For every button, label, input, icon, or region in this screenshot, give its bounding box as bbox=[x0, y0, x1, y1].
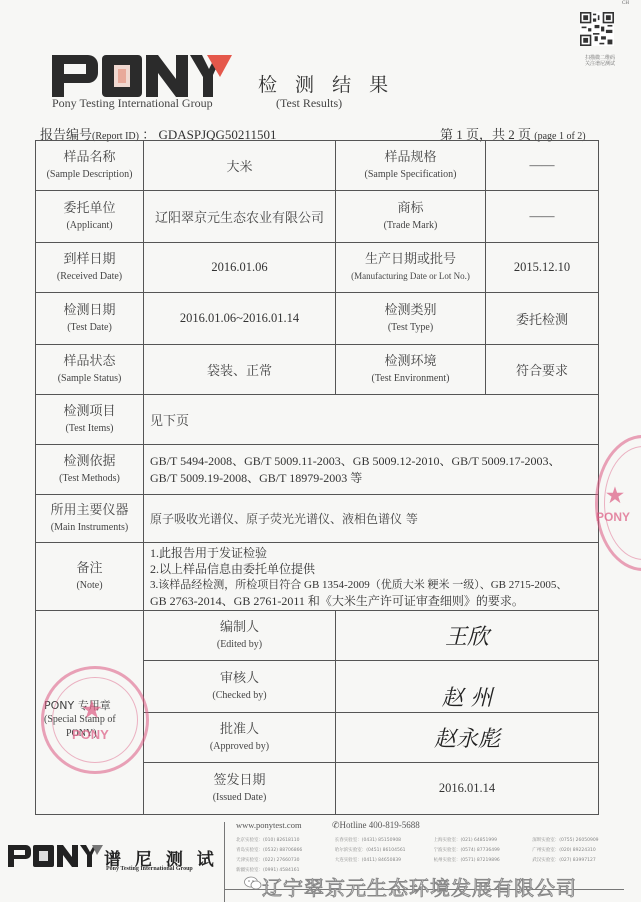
label-cn: 检测日期 bbox=[36, 302, 143, 320]
value-received-date: 2016.01.06 bbox=[211, 260, 267, 274]
label-sample-status: 样品状态(Sample Status) bbox=[36, 345, 144, 395]
watermark: 辽宁翠京元生态环境发展有限公司 bbox=[262, 872, 577, 901]
lab-contact: 广州实验室：(020) 89224310 bbox=[532, 846, 631, 856]
label-en: (Approved by) bbox=[144, 739, 335, 754]
label-cn: 样品规格 bbox=[336, 149, 485, 167]
lab-contact: 哈尔滨实验室：(0451) 86104561 bbox=[335, 846, 434, 856]
label-en: (Note) bbox=[36, 578, 143, 593]
lab-row: 天津实验室：(022) 27660730 大连实验室：(0411) 846508… bbox=[236, 856, 631, 866]
label-en: (Trade Mark) bbox=[336, 218, 485, 233]
footer-website-link[interactable]: www.ponytest.com bbox=[236, 820, 302, 830]
qr-code-icon bbox=[580, 12, 614, 46]
footer-hotline: ✆Hotline 400-819-5688 bbox=[332, 820, 420, 831]
label-en: (Applicant) bbox=[36, 218, 143, 233]
value-sample-status: 袋装、正常 bbox=[207, 364, 272, 379]
stamp-logo: PONY bbox=[596, 510, 630, 524]
label-en: (Test Methods) bbox=[36, 471, 143, 486]
lab-contact: 武汉实验室：(027) 83997127 bbox=[532, 856, 631, 866]
label-note: 备注(Note) bbox=[36, 543, 144, 611]
wechat-icon bbox=[244, 876, 262, 890]
stamp-star-icon: ★ bbox=[82, 697, 102, 723]
label-applicant: 委托单位(Applicant) bbox=[36, 191, 144, 243]
value-test-environment: 符合要求 bbox=[516, 364, 568, 379]
value-test-items: 见下页 bbox=[150, 414, 189, 429]
signature-approved-by: 赵永彪 bbox=[434, 727, 500, 752]
pony-logo bbox=[52, 55, 232, 97]
label-test-environment: 检测环境(Test Environment) bbox=[336, 345, 486, 395]
label-en: (Test Type) bbox=[336, 320, 485, 335]
table-row-test-date: 检测日期(Test Date) 2016.01.06~2016.01.14 检测… bbox=[36, 293, 599, 345]
label-en: (Manufacturing Date or Lot No.) bbox=[336, 269, 485, 284]
value-test-methods: GB/T 5494-2008、GB/T 5009.11-2003、GB 5009… bbox=[144, 445, 599, 495]
lab-row: 北京实验室：(010) 82618110 长春实验室：(0431) 851509… bbox=[236, 836, 631, 846]
table-row-note: 备注(Note) 1.此报告用于发证检验 2.以上样品信息由委托单位提供 3.该… bbox=[36, 543, 599, 611]
qr-caption: 扫描微二维码 关注谱尼测试 bbox=[575, 55, 625, 67]
label-cn: 批准人 bbox=[144, 721, 335, 739]
label-cn: 检测依据 bbox=[36, 453, 143, 471]
label-en: (Issued Date) bbox=[144, 790, 335, 805]
test-methods-line-2: GB/T 5009.19-2008、GB/T 18979-2003 等 bbox=[150, 470, 598, 487]
lab-contact: 深圳实验室：(0755) 26050909 bbox=[532, 836, 631, 846]
value-trade-mark: —— bbox=[530, 209, 555, 223]
label-cn: 委托单位 bbox=[36, 200, 143, 218]
label-en: (Test Environment) bbox=[336, 371, 485, 386]
label-approved-by: 批准人(Approved by) bbox=[144, 713, 336, 763]
label-en: (Received Date) bbox=[36, 269, 143, 284]
label-test-date: 检测日期(Test Date) bbox=[36, 293, 144, 345]
lab-contact: 青岛实验室：(0532) 88706866 bbox=[236, 846, 335, 856]
label-sample-specification: 样品规格(Sample Specification) bbox=[336, 141, 486, 191]
table-row-edited-by: PONY 专用章 (Special Stamp of PONY) 编制人(Edi… bbox=[36, 611, 599, 661]
value-test-type: 委托检测 bbox=[516, 313, 568, 328]
label-cn: 样品状态 bbox=[36, 353, 143, 371]
official-stamp: ★ PONY bbox=[41, 666, 149, 774]
label-en: (Edited by) bbox=[144, 637, 335, 652]
label-en: (Checked by) bbox=[144, 688, 335, 703]
label-main-instruments: 所用主要仪器(Main Instruments) bbox=[36, 495, 144, 543]
label-cn: 样品名称 bbox=[36, 149, 143, 167]
label-cn: 检测项目 bbox=[36, 403, 143, 421]
lab-contact: 北京实验室：(010) 82618110 bbox=[236, 836, 335, 846]
qr-caption-line2: 关注谱尼测试 bbox=[575, 61, 625, 67]
table-row-sample-status: 样品状态(Sample Status) 袋装、正常 检测环境(Test Envi… bbox=[36, 345, 599, 395]
signature-edited-by: 王欣 bbox=[445, 625, 489, 650]
label-cn: 所用主要仪器 bbox=[36, 502, 143, 520]
stamp-star-icon: ★ bbox=[606, 483, 624, 508]
note-line-4: GB 2763-2014、GB 2761-2011 和《大米生产许可证审查细则》… bbox=[150, 593, 598, 609]
label-manufacturing-date: 生产日期或批号(Manufacturing Date or Lot No.) bbox=[336, 243, 486, 293]
label-edited-by: 编制人(Edited by) bbox=[144, 611, 336, 661]
label-cn: 检测类别 bbox=[336, 302, 485, 320]
label-trade-mark: 商标(Trade Mark) bbox=[336, 191, 486, 243]
label-en: (Main Instruments) bbox=[36, 520, 143, 535]
brand-full-name: Pony Testing International Group bbox=[52, 96, 213, 111]
value-manufacturing-date: 2015.12.10 bbox=[514, 260, 570, 274]
note-line-1: 1.此报告用于发证检验 bbox=[150, 545, 598, 561]
label-en: (Sample Description) bbox=[36, 167, 143, 182]
table-row-main-instruments: 所用主要仪器(Main Instruments) 原子吸收光谱仪、原子荧光光谱仪… bbox=[36, 495, 599, 543]
lab-contact: 长春实验室：(0431) 85150908 bbox=[335, 836, 434, 846]
footer-brand-en: Pony Testing International Group bbox=[106, 866, 193, 872]
label-test-type: 检测类别(Test Type) bbox=[336, 293, 486, 345]
corner-mark: CH bbox=[622, 1, 629, 6]
note-line-2: 2.以上样品信息由委托单位提供 bbox=[150, 561, 598, 577]
label-en: (Test Date) bbox=[36, 320, 143, 335]
footer-divider bbox=[224, 822, 225, 902]
label-cn: 备注 bbox=[36, 560, 143, 578]
label-cn: 签发日期 bbox=[144, 772, 335, 790]
label-test-items: 检测项目(Test Items) bbox=[36, 395, 144, 445]
lab-contact: 大连实验室：(0411) 84650839 bbox=[335, 856, 434, 866]
value-sample-description: 大米 bbox=[226, 160, 252, 175]
test-methods-line-1: GB/T 5494-2008、GB/T 5009.11-2003、GB 5009… bbox=[150, 453, 598, 470]
lab-row: 青岛实验室：(0532) 88706866 哈尔滨实验室：(0451) 8610… bbox=[236, 846, 631, 856]
table-row-test-methods: 检测依据(Test Methods) GB/T 5494-2008、GB/T 5… bbox=[36, 445, 599, 495]
label-cn: 审核人 bbox=[144, 670, 335, 688]
table-row-received-date: 到样日期(Received Date) 2016.01.06 生产日期或批号(M… bbox=[36, 243, 599, 293]
label-cn: 检测环境 bbox=[336, 353, 485, 371]
value-note: 1.此报告用于发证检验 2.以上样品信息由委托单位提供 3.该样品经检测，所检项… bbox=[144, 543, 599, 611]
label-checked-by: 审核人(Checked by) bbox=[144, 661, 336, 713]
label-en: (Sample Status) bbox=[36, 371, 143, 386]
label-en: (Sample Specification) bbox=[336, 167, 485, 182]
signature-checked-by: 赵 州 bbox=[442, 686, 493, 711]
lab-contact: 宁波实验室：(0574) 87736499 bbox=[434, 846, 533, 856]
footer-pony-logo bbox=[8, 845, 103, 867]
page-subtitle: (Test Results) bbox=[276, 96, 342, 111]
footer-lab-contacts: 北京实验室：(010) 82618110 长春实验室：(0431) 851509… bbox=[236, 836, 631, 876]
lab-contact: 上海实验室：(021) 64851999 bbox=[434, 836, 533, 846]
lab-contact: 杭州实验室：(0571) 87219896 bbox=[434, 856, 533, 866]
note-line-3: 3.该样品经检测，所检项目符合 GB 1354-2009（优质大米 粳米 一级）… bbox=[150, 577, 598, 593]
label-test-methods: 检测依据(Test Methods) bbox=[36, 445, 144, 495]
perforation-stamp: ★ PONY bbox=[595, 435, 641, 571]
label-cn: 到样日期 bbox=[36, 251, 143, 269]
label-cn: 生产日期或批号 bbox=[336, 251, 485, 269]
table-row-applicant: 委托单位(Applicant) 辽阳翠京元生态农业有限公司 商标(Trade M… bbox=[36, 191, 599, 243]
lab-contact: 天津实验室：(022) 27660730 bbox=[236, 856, 335, 866]
value-issued-date: 2016.01.14 bbox=[439, 781, 495, 795]
label-received-date: 到样日期(Received Date) bbox=[36, 243, 144, 293]
value-sample-specification: —— bbox=[530, 158, 555, 172]
value-main-instruments: 原子吸收光谱仪、原子荧光光谱仪、液相色谱仪 等 bbox=[150, 512, 418, 526]
label-en: (Test Items) bbox=[36, 421, 143, 436]
label-sample-description: 样品名称(Sample Description) bbox=[36, 141, 144, 191]
table-row-sample-description: 样品名称(Sample Description) 大米 样品规格(Sample … bbox=[36, 141, 599, 191]
value-applicant: 辽阳翠京元生态农业有限公司 bbox=[155, 211, 324, 226]
table-row-test-items: 检测项目(Test Items) 见下页 bbox=[36, 395, 599, 445]
page-title: 检 测 结 果 bbox=[258, 70, 394, 97]
label-issued-date: 签发日期(Issued Date) bbox=[144, 763, 336, 815]
label-cn: 编制人 bbox=[144, 619, 335, 637]
value-test-date: 2016.01.06~2016.01.14 bbox=[180, 311, 299, 325]
stamp-logo: PONY bbox=[72, 727, 109, 742]
label-cn: 商标 bbox=[336, 200, 485, 218]
